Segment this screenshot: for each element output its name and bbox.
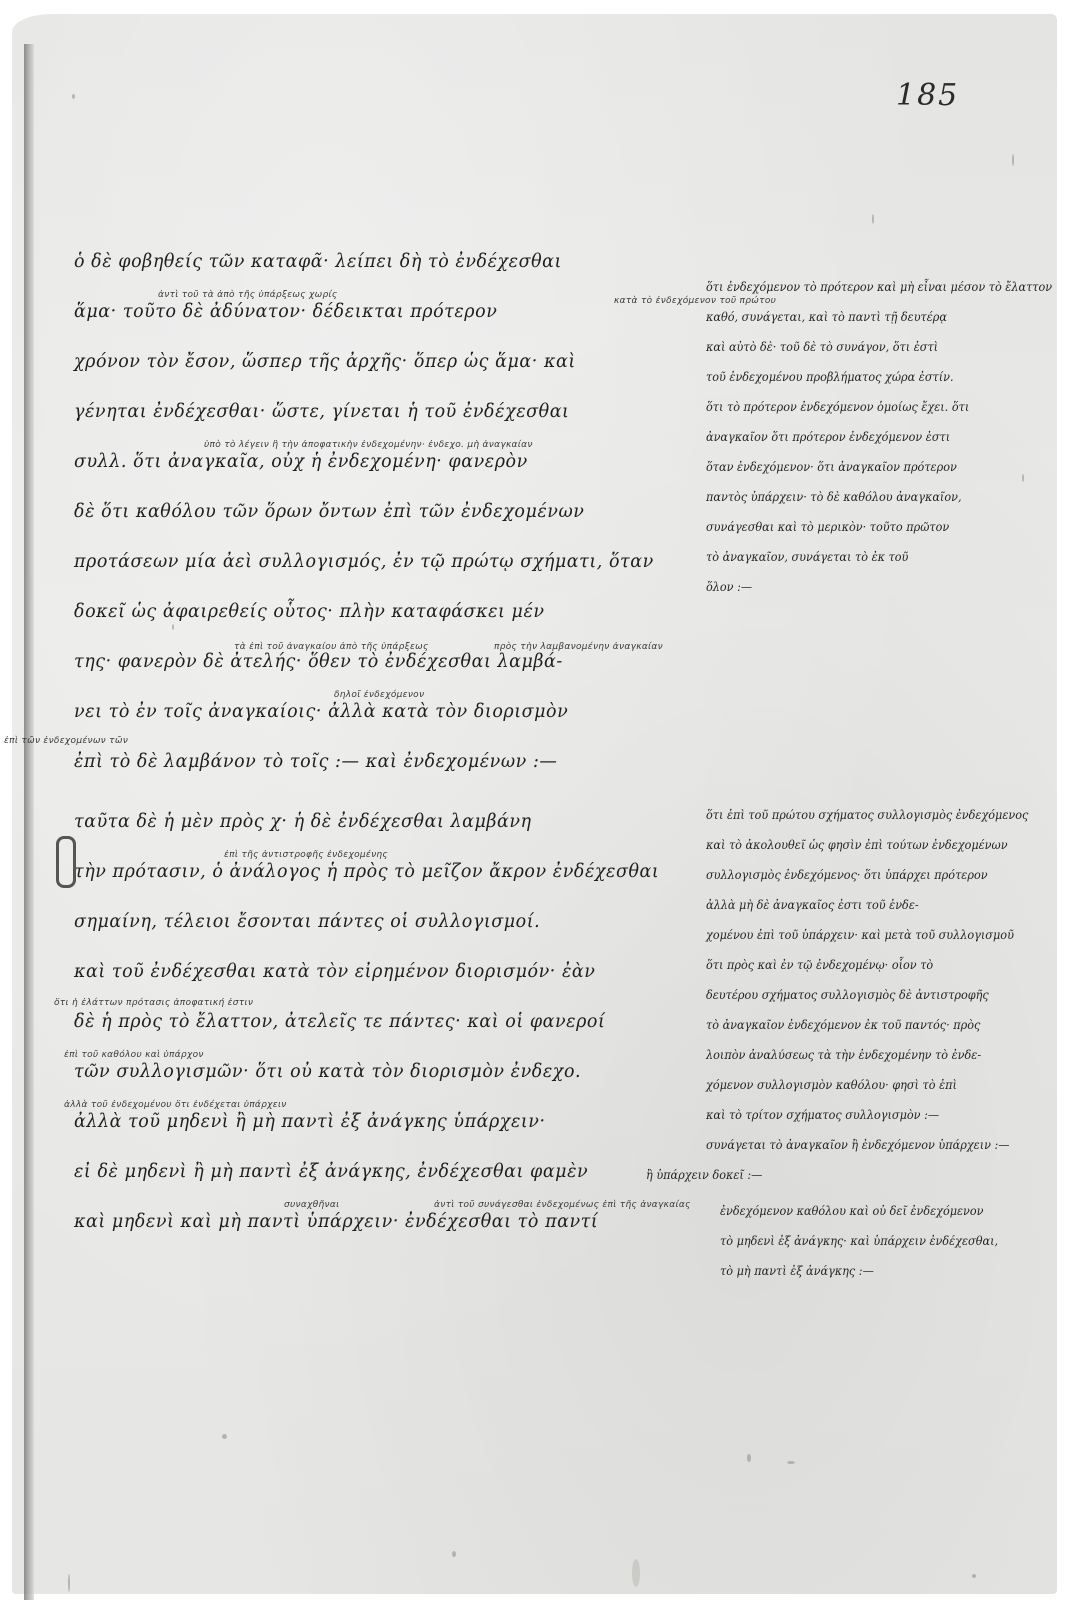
text-line: ταῦτα δὲ ἡ μὲν πρὸς χ· ἡ δὲ ἐνδέχεσθαι λ… xyxy=(74,796,704,846)
scholia-line: τὸ μὴ παντὶ ἐξ ἀνάγκης :— xyxy=(720,1256,998,1286)
text-line: καὶ μηδενὶ καὶ μὴ παντὶ ὑπάρχειν· ἐνδέχε… xyxy=(74,1196,704,1246)
scholia-line: τὸ ἀναγκαῖον ἐνδεχόμενον ἐκ τοῦ παντός· … xyxy=(706,1010,1028,1040)
scholia-line: παντὸς ὑπάρχειν· τὸ δὲ καθόλου ἀναγκαῖον… xyxy=(706,482,1052,512)
text-line: ἀλλὰ τοῦ μηδενὶ ἢ μὴ παντὶ ἐξ ἀνάγκης ὑπ… xyxy=(74,1096,704,1146)
scholia-line: τὸ ἀναγκαῖον, συνάγεται τὸ ἐκ τοῦ xyxy=(706,542,1052,572)
scholia-line: τὸ μηδενὶ ἐξ ἀνάγκης· καὶ ὑπάρχειν ἐνδέχ… xyxy=(720,1226,998,1256)
scholia-line: ἀναγκαῖον ὅτι πρότερον ἐνδεχόμενον ἐστι xyxy=(706,422,1052,452)
scholia-line: ἀλλὰ μὴ δὲ ἀναγκαῖος ἐστι τοῦ ἐνδε- xyxy=(706,890,1028,920)
paper-speck xyxy=(872,214,874,224)
text-line: νει τὸ ἐν τοῖς ἀναγκαίοις· ἀλλὰ κατὰ τὸν… xyxy=(74,686,704,736)
scholia-line: συνάγεσθαι καὶ τὸ μερικὸν· τοῦτο πρῶτον xyxy=(706,512,1052,542)
text-line: τὴν πρότασιν, ὁ ἀνάλογος ἡ πρὸς τὸ μεῖζο… xyxy=(74,846,704,896)
paper-speck xyxy=(787,1461,795,1464)
scholia-line: καὶ αὐτὸ δὲ· τοῦ δὲ τὸ συνάγον, ὅτι ἐστὶ xyxy=(706,332,1052,362)
text-line: της· φανερὸν δὲ ἀτελής· ὅθεν τὸ ἐνδέχεσθ… xyxy=(74,636,704,686)
scholia-line: ὅτι πρὸς καὶ ἐν τῷ ἐνδεχομένῳ· οἷον τὸ xyxy=(706,950,1028,980)
text-line: ἐπὶ τὸ δὲ λαμβάνον τὸ τοῖς :— καὶ ἐνδεχο… xyxy=(74,736,704,786)
scholia-line: ὅταν ἐνδεχόμενον· ὅτι ἀναγκαῖον πρότερον xyxy=(706,452,1052,482)
text-line: συλλ. ὅτι ἀναγκαῖα, οὐχ ἡ ἐνδεχομένη· φα… xyxy=(74,436,704,486)
text-line: προτάσεων μία ἀεὶ συλλογισμός, ἐν τῷ πρώ… xyxy=(74,536,704,586)
folio-number: 185 xyxy=(896,78,959,113)
marginal-scholia-lower: ἐνδεχόμενον καθόλου καὶ οὐ δεῖ ἐνδεχόμεν… xyxy=(720,1196,1029,1286)
scholia-line: ἢ ὑπάρχειν δοκεῖ :— xyxy=(646,1160,1022,1190)
scholia-line: χομένου ἐπὶ τοῦ ὑπάρχειν· καὶ μετὰ τοῦ σ… xyxy=(706,920,1028,950)
scholia-line: συλλογισμὸς ἐνδεχόμενος· ὅτι ὑπάρχει πρό… xyxy=(706,860,1028,890)
scholia-line: ὅλον :— xyxy=(706,572,1052,602)
scholia-line: συνάγεται τὸ ἀναγκαῖον ἢ ἐνδεχόμενον ὑπά… xyxy=(706,1130,1028,1160)
scholia-line: καθό, συνάγεται, καὶ τὸ παντὶ τῇ δευτέρᾳ xyxy=(706,302,1052,332)
scholia-line: τοῦ ἐνδεχομένου προβλήματος χώρα ἐστίν. xyxy=(706,362,1052,392)
scholia-line: ἐνδεχόμενον καθόλου καὶ οὐ δεῖ ἐνδεχόμεν… xyxy=(720,1196,998,1226)
text-line: εἰ δὲ μηδενὶ ἢ μὴ παντὶ ἐξ ἀνάγκης, ἐνδέ… xyxy=(74,1146,704,1196)
marginal-scholia-upper: ὅτι ἐνδεχόμενον τὸ πρότερον καὶ μὴ εἶναι… xyxy=(706,272,1065,602)
decorated-initial xyxy=(56,836,76,888)
text-line: γένηται ἐνδέχεσθαι· ὥστε, γίνεται ἡ τοῦ … xyxy=(74,386,704,436)
scholia-line: δευτέρου σχήματος συλλογισμὸς δὲ ἀντιστρ… xyxy=(706,980,1028,1010)
paper-speck xyxy=(972,1574,976,1578)
text-line: τῶν συλλογισμῶν· ὅτι οὐ κατὰ τὸν διορισμ… xyxy=(74,1046,704,1096)
text-line: ἅμα· τοῦτο δὲ ἀδύνατον· δέδεικται πρότερ… xyxy=(74,286,704,336)
scholia-line: ὅτι τὸ πρότερον ἐνδεχόμενον ὁμοίως ἔχει.… xyxy=(706,392,1052,422)
main-text-column: ὁ δὲ φοβηθείς τῶν καταφᾶ· λείπει δὴ τὸ ἐ… xyxy=(74,236,704,1246)
scholia-line: ὅτι ἐνδεχόμενον τὸ πρότερον καὶ μὴ εἶναι… xyxy=(706,272,1052,302)
text-line: δὲ ἡ πρὸς τὸ ἔλαττον, ἀτελεῖς τε πάντες·… xyxy=(74,996,704,1046)
scholia-line: καὶ τὸ τρίτον σχήματος συλλογισμὸν :— xyxy=(706,1100,1028,1130)
paper-speck xyxy=(747,1454,751,1462)
binding-edge xyxy=(24,44,34,1600)
paper-speck xyxy=(632,1559,640,1587)
scholia-line: ὅτι ἐπὶ τοῦ πρώτου σχήματος συλλογισμὸς … xyxy=(706,800,1028,830)
scholia-line: χόμενον συλλογισμὸν καθόλου· φησὶ τὸ ἐπὶ xyxy=(706,1070,1028,1100)
paper-speck xyxy=(68,1574,70,1592)
text-line: δοκεῖ ὡς ἀφαιρεθείς οὗτος· πλὴν καταφάσκ… xyxy=(74,586,704,636)
scholia-line: λοιπὸν ἀναλύσεως τὰ τὴν ἐνδεχομένην τὸ ἐ… xyxy=(706,1040,1028,1070)
text-line: σημαίνη, τέλειοι ἔσονται πάντες οἱ συλλο… xyxy=(74,896,704,946)
text-line: καὶ τοῦ ἐνδέχεσθαι κατὰ τὸν εἰρημένον δι… xyxy=(74,946,704,996)
text-line: χρόνον τὸν ἔσον, ὥσπερ τῆς ἀρχῆς· ὅπερ ὡ… xyxy=(74,336,704,386)
paper-speck xyxy=(452,1551,456,1557)
text-line: δὲ ὅτι καθόλου τῶν ὅρων ὄντων ἐπὶ τῶν ἐν… xyxy=(74,486,704,536)
paper-speck xyxy=(222,1434,227,1439)
scholia-line: καὶ τὸ ἀκολουθεῖ ὡς φησὶν ἐπὶ τούτων ἐνδ… xyxy=(706,830,1028,860)
text-line: ὁ δὲ φοβηθείς τῶν καταφᾶ· λείπει δὴ τὸ ἐ… xyxy=(74,236,704,286)
paper-speck xyxy=(1012,154,1014,166)
marginal-scholia-middle: ὅτι ἐπὶ τοῦ πρώτου σχήματος συλλογισμὸς … xyxy=(706,800,1064,1190)
paper-speck xyxy=(72,94,75,99)
